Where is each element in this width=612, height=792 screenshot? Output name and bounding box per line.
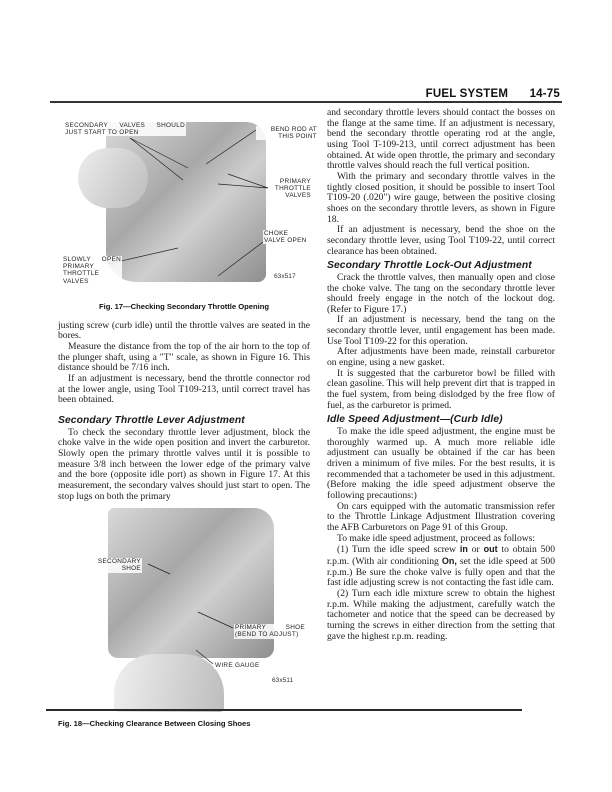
running-head: FUEL SYSTEM 14-75 (426, 88, 560, 100)
paragraph: After adjustments have been made, reinst… (327, 347, 555, 368)
paragraph: To make the idle speed adjustment, the e… (327, 427, 555, 502)
paragraph: and secondary throttle levers should con… (327, 108, 555, 172)
manual-page: FUEL SYSTEM 14-75 SECONDARY VALVES SHOUL… (0, 0, 612, 792)
section-title: FUEL SYSTEM (426, 88, 509, 100)
paragraph: justing screw (curb idle) until the thro… (58, 321, 310, 342)
label-primary-shoe: PRIMARY SHOE (BEND TO ADJUST) (234, 624, 306, 638)
label-secondary-valves: SECONDARY VALVES SHOULD JUST START TO OP… (64, 122, 186, 136)
paragraph: To make idle speed adjustment, proceed a… (327, 534, 555, 545)
figure-18: SECONDARY SHOE PRIMARY SHOE (BEND TO ADJ… (58, 504, 310, 719)
figure-17-code: 63x517 (274, 272, 296, 283)
label-choke-valve: CHOKE VALVE OPEN (263, 230, 311, 244)
label-primary-throttle: PRIMARY THROTTLE VALVES (272, 178, 312, 200)
footer-rule (46, 709, 522, 711)
hand-photo-fig17 (78, 148, 148, 208)
figure-18-caption: Fig. 18—Checking Clearance Between Closi… (58, 719, 310, 730)
paragraph: On cars equipped with the automatic tran… (327, 502, 555, 534)
label-wire-gauge: WIRE GAUGE (214, 662, 276, 669)
hand-photo-fig18 (114, 654, 224, 712)
section-heading: Secondary Throttle Lock-Out Adjustment (327, 261, 555, 272)
paragraph: To check the secondary throttle lever ad… (58, 428, 310, 503)
label-slowly-open: SLOWLY OPEN PRIMARY THROTTLE VALVES (62, 256, 122, 285)
figure-17-caption: Fig. 17—Checking Secondary Throttle Open… (58, 302, 310, 313)
left-column: SECONDARY VALVES SHOULD JUST START TO OP… (58, 108, 310, 730)
step-2: (2) Turn each idle mixture screw to obta… (327, 589, 555, 642)
paragraph: With the primary and secondary throttle … (327, 172, 555, 225)
figure-18-code: 63x511 (272, 676, 293, 687)
section-heading: Secondary Throttle Lever Adjustment (58, 416, 310, 427)
section-heading: Idle Speed Adjustment—(Curb Idle) (327, 415, 555, 426)
paragraph: Crack the throttle valves, then manually… (327, 273, 555, 316)
label-bend-rod: BEND ROD AT THIS POINT (256, 126, 318, 140)
step-1: (1) Turn the idle speed screw in or out … (327, 544, 555, 589)
paragraph: Measure the distance from the top of the… (58, 342, 310, 374)
figure-17: SECONDARY VALVES SHOULD JUST START TO OP… (58, 108, 310, 298)
paragraph: If an adjustment is necessary, bend the … (327, 315, 555, 347)
header-rule (50, 101, 562, 103)
paragraph: It is suggested that the carburetor bowl… (327, 369, 555, 412)
right-column: and secondary throttle levers should con… (327, 108, 555, 642)
label-secondary-shoe: SECONDARY SHOE (92, 558, 142, 572)
paragraph: If an adjustment is necessary, bend the … (327, 225, 555, 257)
page-number: 14-75 (530, 88, 560, 100)
paragraph: If an adjustment is necessary, bend the … (58, 374, 310, 406)
